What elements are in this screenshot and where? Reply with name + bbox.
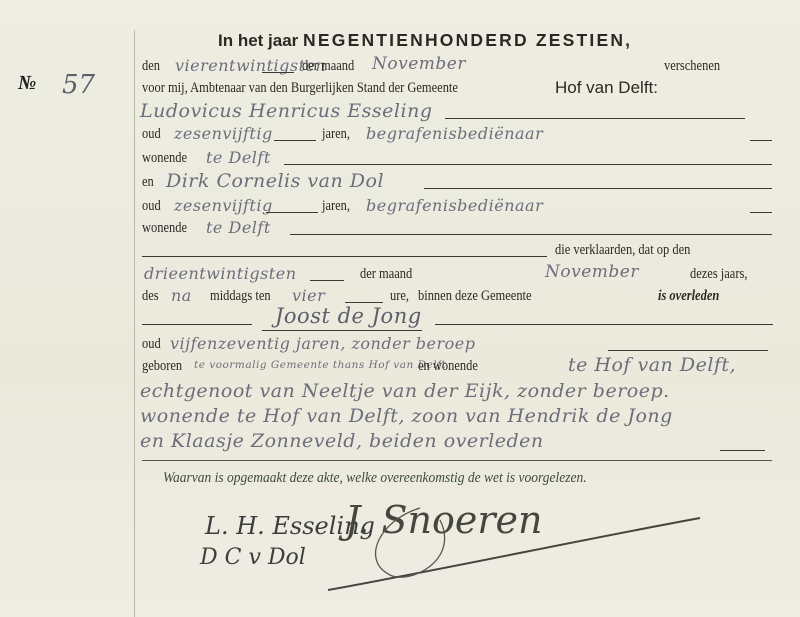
label-jaren: jaren, (322, 198, 350, 215)
deceased-age-occupation: vijfenzeventig jaren, zonder beroep (170, 334, 476, 353)
document-page: № 57 In het jaar NEGENTIENHONDERD ZESTIE… (0, 0, 800, 617)
label-ure: ure, (390, 288, 409, 305)
header-prefix: In het jaar (218, 31, 298, 50)
deceased-mother: en Klaasje Zonneveld, beiden overleden (140, 430, 544, 452)
witness1-age: zesenvijftig (174, 124, 273, 143)
signature-flourish (300, 500, 780, 610)
signature-2: D C v Dol (200, 545, 306, 570)
label-geboren: geboren (142, 358, 182, 375)
closing-rule (142, 460, 772, 461)
witness2-name: Dirk Cornelis van Dol (166, 170, 384, 192)
header-year: NEGENTIENHONDERD ZESTIEN, (303, 30, 632, 50)
closing-text: Waarvan is opgemaakt deze akte, welke ov… (163, 470, 587, 487)
record-number-label: № (18, 72, 36, 95)
witness1-residence: te Delft (206, 148, 271, 167)
month-handwritten: November (372, 54, 466, 74)
deceased-birthplace: te voormalig Gemeente thans Hof van Delf… (194, 359, 446, 371)
text-died: is overleden (658, 288, 719, 305)
label-en: en (142, 174, 154, 191)
death-month: November (545, 262, 639, 282)
witness2-age: zesenvijftig (174, 196, 273, 215)
deceased-residence: te Hof van Delft, (568, 354, 736, 376)
deceased-spouse: echtgenoot van Neeltje van der Eijk, zon… (140, 380, 670, 402)
label-des: des (142, 288, 159, 305)
label-oud: oud (142, 126, 161, 143)
header: In het jaar NEGENTIENHONDERD ZESTIEN, (218, 30, 632, 51)
witness2-residence: te Delft (206, 218, 271, 237)
label-dezes-jaars: dezes jaars, (690, 266, 747, 283)
municipality: Hof van Delft: (555, 78, 658, 98)
text-within: binnen deze Gemeente (418, 288, 532, 305)
declaration-text: die verklaarden, dat op den (555, 242, 690, 259)
record-number: 57 (62, 70, 95, 100)
witness2-occupation: begrafenisbediënaar (366, 196, 543, 215)
label-oud: oud (142, 336, 161, 353)
witness1-occupation: begrafenisbediënaar (366, 124, 543, 143)
deceased-spouse-residence: wonende te Hof van Delft, zoon van Hendr… (140, 405, 673, 427)
label-en-wonende: en wonende (418, 358, 478, 375)
label-middags: middags ten (210, 288, 271, 305)
label-jaren: jaren, (322, 126, 350, 143)
label-month: der maand (360, 266, 412, 283)
label-month: der maand (302, 58, 354, 75)
death-day: drieentwintigsten (144, 264, 297, 283)
label-wonende: wonende (142, 220, 187, 237)
margin-rule (134, 30, 135, 617)
witness1-name: Ludovicus Henricus Esseling (140, 100, 432, 122)
label-verschenen: verschenen (664, 58, 720, 75)
label-den: den (142, 58, 160, 75)
label-oud: oud (142, 198, 161, 215)
deceased-name: Joost de Jong (275, 304, 422, 328)
official-text: voor mij, Ambtenaar van den Burgerlijken… (142, 80, 458, 97)
label-wonende: wonende (142, 150, 187, 167)
death-hour: vier (292, 286, 325, 305)
part-of-day: na (171, 286, 192, 305)
